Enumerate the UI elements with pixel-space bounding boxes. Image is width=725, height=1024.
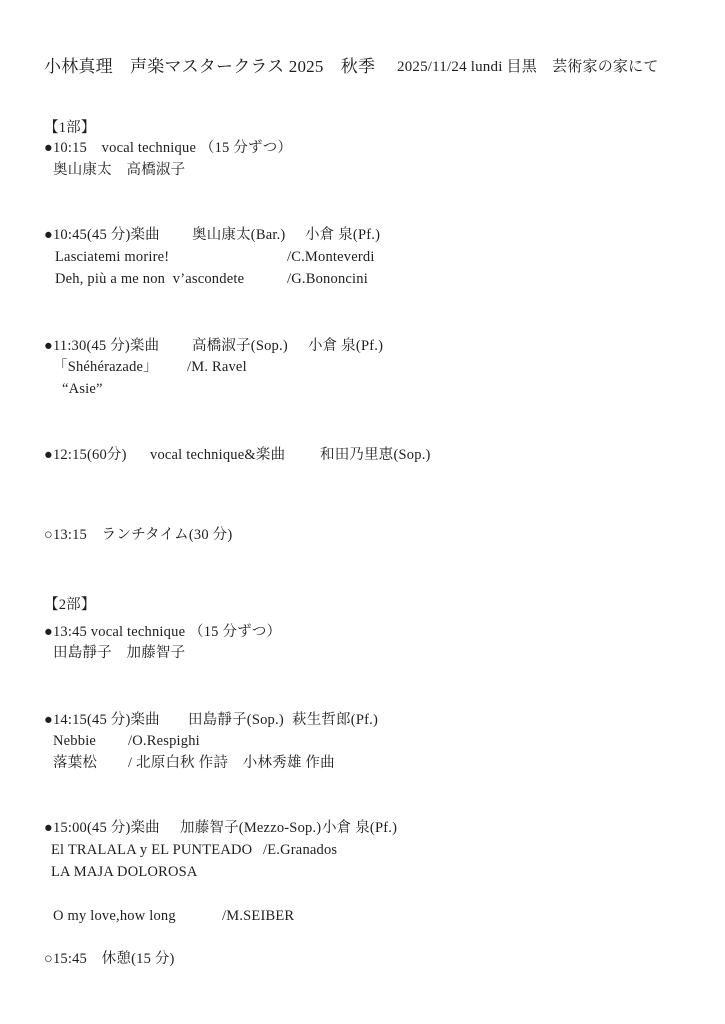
piece-title: LA MAJA DOLOROSA bbox=[51, 861, 198, 883]
piece-title: 落葉松 bbox=[53, 752, 97, 774]
composer: /O.Respighi bbox=[128, 730, 200, 752]
piece-title: 「Shéhérazade」 bbox=[53, 356, 158, 378]
pianist: 小倉 泉(Pf.) bbox=[308, 335, 383, 357]
time-label: ●12:15(60分) bbox=[44, 444, 127, 466]
break-1545: ○15:45 休憩(15 分) bbox=[0, 948, 725, 970]
pianist: 萩生哲郎(Pf.) bbox=[292, 709, 378, 731]
composer: /E.Granados bbox=[263, 839, 337, 861]
piece-title: El TRALALA y EL PUNTEADO bbox=[51, 839, 252, 861]
page-date: 2025/11/24 lundi 目黒 芸術家の家にて bbox=[397, 55, 659, 79]
piece-title: Nebbie bbox=[53, 730, 96, 752]
performer: 奥山康太(Bar.) bbox=[192, 224, 285, 246]
session-1015-performers: 奥山康太 高橋淑子 bbox=[0, 159, 725, 181]
composer: /M. Ravel bbox=[187, 356, 247, 378]
composer: /M.SEIBER bbox=[222, 905, 294, 927]
performer: 和田乃里恵(Sop.) bbox=[320, 444, 431, 466]
performer-names: 奥山康太 高橋淑子 bbox=[53, 159, 185, 181]
composer: /G.Bononcini bbox=[287, 268, 368, 290]
session-1415-piece-2: 落葉松/ 北原白秋 作詩 小林秀雄 作曲 bbox=[0, 752, 725, 774]
composer: /C.Monteverdi bbox=[287, 246, 375, 268]
session-1045-piece-2: Deh, più a me non v’ascondete/G.Bononcin… bbox=[0, 268, 725, 290]
pianist: 小倉 泉(Pf.) bbox=[322, 817, 397, 839]
part1-heading: 【1部】 bbox=[0, 117, 725, 139]
session-1345-time: ●13:45 vocal technique （15 分ずつ） bbox=[0, 621, 725, 643]
section-label: 【1部】 bbox=[44, 117, 96, 139]
session-1015-time: ●10:15 vocal technique （15 分ずつ） bbox=[0, 137, 725, 159]
time-label: ●15:00(45 分)楽曲 bbox=[44, 817, 160, 839]
piece-title: Deh, più a me non v’ascondete bbox=[55, 268, 244, 290]
title-line: 小林真理 声楽マスタークラス 2025 秋季2025/11/24 lundi 目… bbox=[0, 55, 725, 77]
piece-title: “Asie” bbox=[62, 378, 103, 400]
pianist: 小倉 泉(Pf.) bbox=[305, 224, 380, 246]
session-1345-performers: 田島靜子 加藤智子 bbox=[0, 642, 725, 664]
time-label: ●13:45 vocal technique （15 分ずつ） bbox=[44, 621, 281, 643]
time-label: ●14:15(45 分)楽曲 bbox=[44, 709, 160, 731]
session-1415-piece-1: Nebbie/O.Respighi bbox=[0, 730, 725, 752]
performer-names: 田島靜子 加藤智子 bbox=[53, 642, 185, 664]
performer: 高橋淑子(Sop.) bbox=[192, 335, 288, 357]
session-1500-piece-1: El TRALALA y EL PUNTEADO/E.Granados bbox=[0, 839, 725, 861]
time-label: ●11:30(45 分)楽曲 bbox=[44, 335, 159, 357]
session-1130-header: ●11:30(45 分)楽曲高橋淑子(Sop.)小倉 泉(Pf.) bbox=[0, 335, 725, 357]
piece-title: Lasciatemi morire! bbox=[55, 246, 169, 268]
performer: 加藤智子(Mezzo-Sop.) bbox=[180, 817, 321, 839]
page-title: 小林真理 声楽マスタークラス 2025 秋季 bbox=[44, 55, 375, 79]
time-label: ●10:15 vocal technique （15 分ずつ） bbox=[44, 137, 292, 159]
break-label: ○13:15 ランチタイム(30 分) bbox=[44, 524, 232, 546]
session-1415-header: ●14:15(45 分)楽曲田島靜子(Sop.)萩生哲郎(Pf.) bbox=[0, 709, 725, 731]
session-type: vocal technique&楽曲 bbox=[150, 444, 285, 466]
break-label: ○15:45 休憩(15 分) bbox=[44, 948, 175, 970]
lunch-break: ○13:15 ランチタイム(30 分) bbox=[0, 524, 725, 546]
session-1130-piece-1: 「Shéhérazade」/M. Ravel bbox=[0, 356, 725, 378]
document-page: 小林真理 声楽マスタークラス 2025 秋季2025/11/24 lundi 目… bbox=[0, 0, 725, 1024]
session-1500-piece-2: LA MAJA DOLOROSA bbox=[0, 861, 725, 883]
piece-title: O my love,how long bbox=[53, 905, 176, 927]
performer: 田島靜子(Sop.) bbox=[188, 709, 284, 731]
part2-heading: 【2部】 bbox=[0, 594, 725, 616]
section-label: 【2部】 bbox=[44, 594, 96, 616]
time-label: ●10:45(45 分)楽曲 bbox=[44, 224, 160, 246]
composer: / 北原白秋 作詩 小林秀雄 作曲 bbox=[128, 752, 335, 774]
session-1500-header: ●15:00(45 分)楽曲加藤智子(Mezzo-Sop.)小倉 泉(Pf.) bbox=[0, 817, 725, 839]
session-1045-piece-1: Lasciatemi morire!/C.Monteverdi bbox=[0, 246, 725, 268]
session-1215-header: ●12:15(60分)vocal technique&楽曲和田乃里恵(Sop.) bbox=[0, 444, 725, 466]
session-1045-header: ●10:45(45 分)楽曲奥山康太(Bar.)小倉 泉(Pf.) bbox=[0, 224, 725, 246]
session-1500-piece-3: O my love,how long/M.SEIBER bbox=[0, 905, 725, 927]
session-1130-piece-2: “Asie” bbox=[0, 378, 725, 400]
